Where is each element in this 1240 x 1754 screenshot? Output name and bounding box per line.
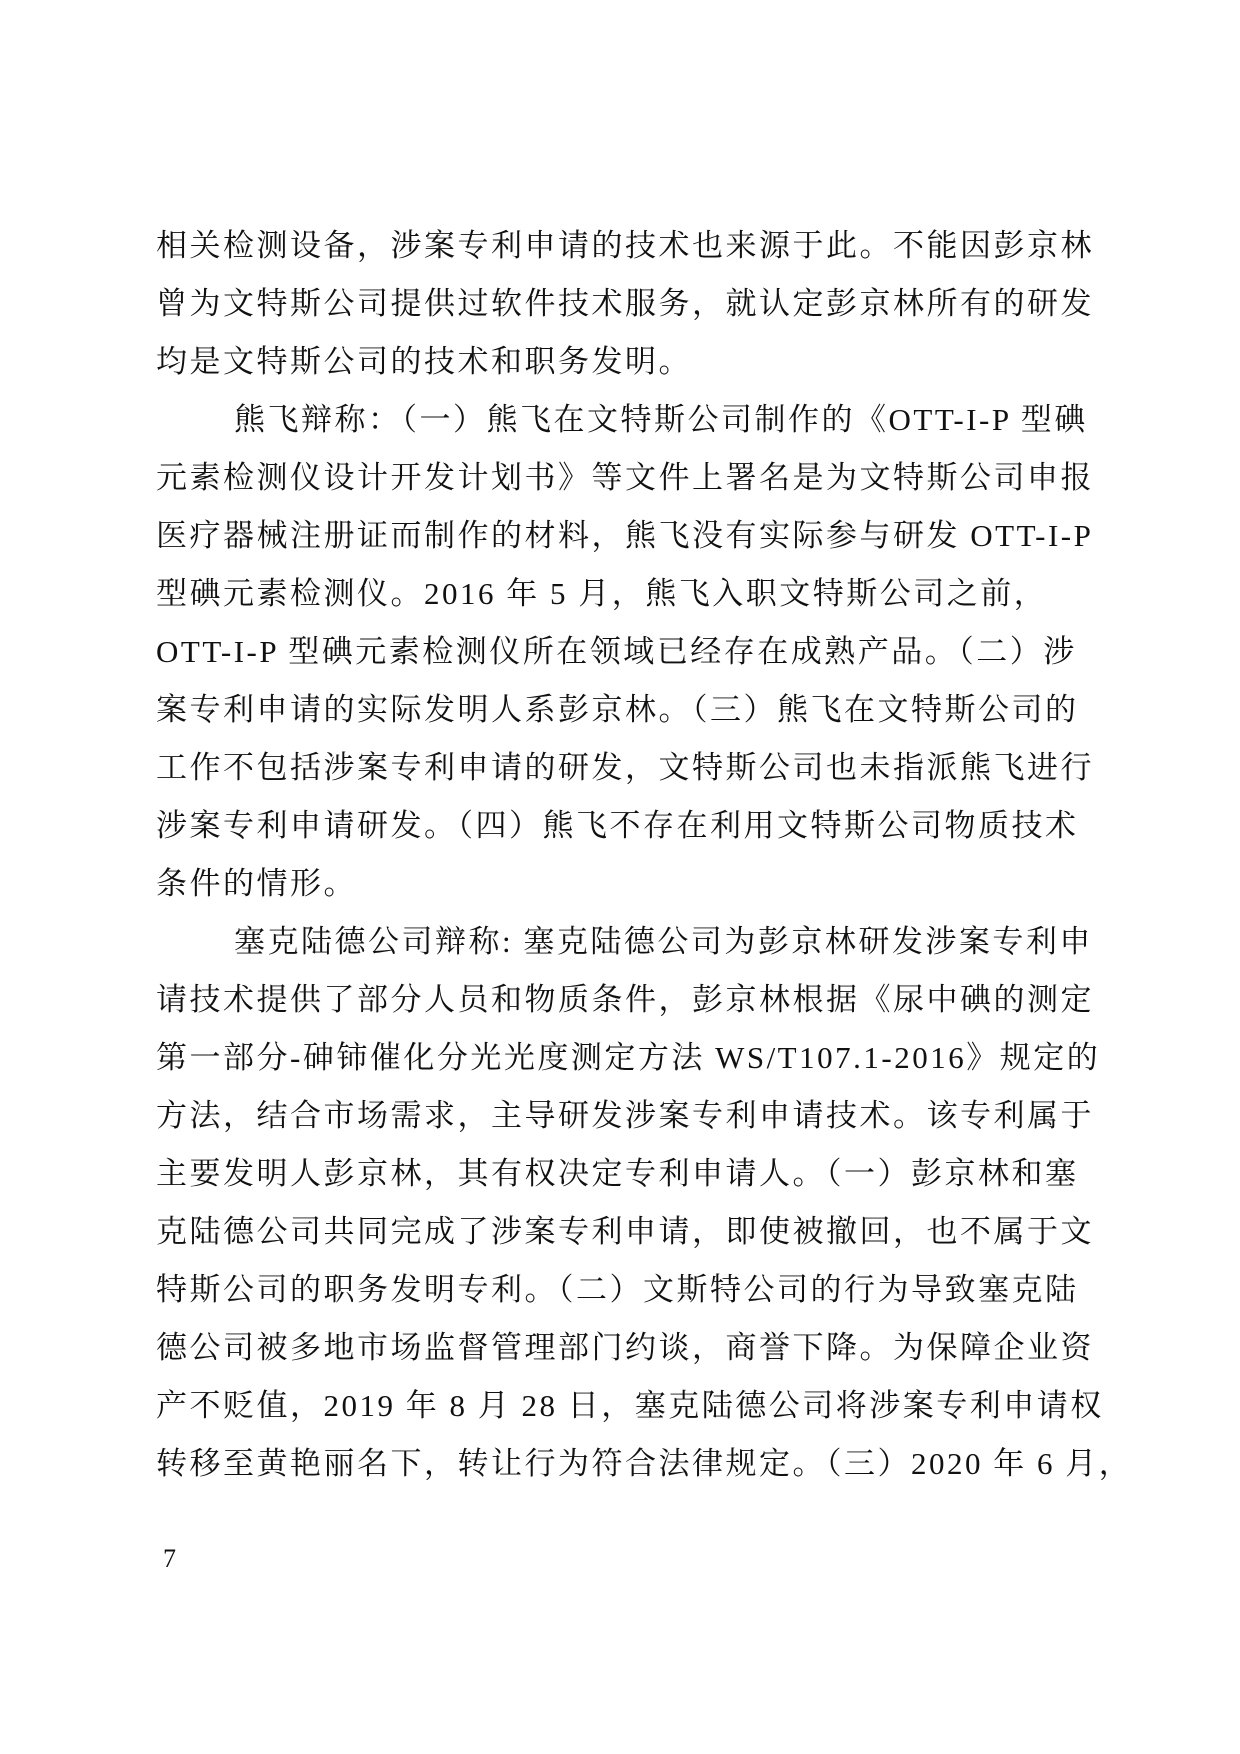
text-line: 工作不包括涉案专利申请的研发，文特斯公司也未指派熊飞进行 xyxy=(156,739,1096,797)
document-page: 相关检测设备，涉案专利申请的技术也来源于此。不能因彭京林 曾为文特斯公司提供过软… xyxy=(0,0,1240,1754)
text-line: 德公司被多地市场监督管理部门约谈，商誉下降。为保障企业资 xyxy=(156,1319,1096,1377)
text-line: 第一部分-砷铈催化分光光度测定方法 WS/T107.1-2016》规定的 xyxy=(156,1029,1096,1087)
text-line: 产不贬值，2019 年 8 月 28 日，塞克陆德公司将涉案专利申请权 xyxy=(156,1377,1096,1435)
paragraph-continuation: 相关检测设备，涉案专利申请的技术也来源于此。不能因彭京林 曾为文特斯公司提供过软… xyxy=(156,217,1096,391)
text-line: 均是文特斯公司的技术和职务发明。 xyxy=(156,333,1096,391)
text-line: 特斯公司的职务发明专利。（二）文斯特公司的行为导致塞克陆 xyxy=(156,1261,1096,1319)
text-line: 条件的情形。 xyxy=(156,855,1096,913)
text-line: 案专利申请的实际发明人系彭京林。（三）熊飞在文特斯公司的 xyxy=(156,681,1096,739)
text-line: 克陆德公司共同完成了涉案专利申请，即使被撤回，也不属于文 xyxy=(156,1203,1096,1261)
judgment-body: 相关检测设备，涉案专利申请的技术也来源于此。不能因彭京林 曾为文特斯公司提供过软… xyxy=(156,217,1096,1493)
page-number: 7 xyxy=(163,1543,176,1575)
text-line: 转移至黄艳丽名下，转让行为符合法律规定。（三）2020 年 6 月， xyxy=(156,1435,1096,1493)
text-line: 主要发明人彭京林，其有权决定专利申请人。（一）彭京林和塞 xyxy=(156,1145,1096,1203)
text-line: 请技术提供了部分人员和物质条件，彭京林根据《尿中碘的测定 xyxy=(156,971,1096,1029)
text-line: OTT-I-P 型碘元素检测仪所在领域已经存在成熟产品。（二）涉 xyxy=(156,623,1096,681)
text-line: 元素检测仪设计开发计划书》等文件上署名是为文特斯公司申报 xyxy=(156,449,1096,507)
paragraph-xiongfei-defense: 熊飞辩称：（一）熊飞在文特斯公司制作的《OTT-I-P 型碘 元素检测仪设计开发… xyxy=(156,391,1096,913)
text-line: 塞克陆德公司辩称: 塞克陆德公司为彭京林研发涉案专利申 xyxy=(156,913,1096,971)
text-line: 曾为文特斯公司提供过软件技术服务，就认定彭京林所有的研发 xyxy=(156,275,1096,333)
text-line: 涉案专利申请研发。（四）熊飞不存在利用文特斯公司物质技术 xyxy=(156,797,1096,855)
text-line: 型碘元素检测仪。2016 年 5 月，熊飞入职文特斯公司之前， xyxy=(156,565,1096,623)
text-line: 熊飞辩称：（一）熊飞在文特斯公司制作的《OTT-I-P 型碘 xyxy=(156,391,1096,449)
paragraph-sekelude-defense: 塞克陆德公司辩称: 塞克陆德公司为彭京林研发涉案专利申 请技术提供了部分人员和物… xyxy=(156,913,1096,1493)
text-line: 相关检测设备，涉案专利申请的技术也来源于此。不能因彭京林 xyxy=(156,217,1096,275)
text-line: 医疗器械注册证而制作的材料，熊飞没有实际参与研发 OTT-I-P xyxy=(156,507,1096,565)
text-line: 方法，结合市场需求，主导研发涉案专利申请技术。该专利属于 xyxy=(156,1087,1096,1145)
